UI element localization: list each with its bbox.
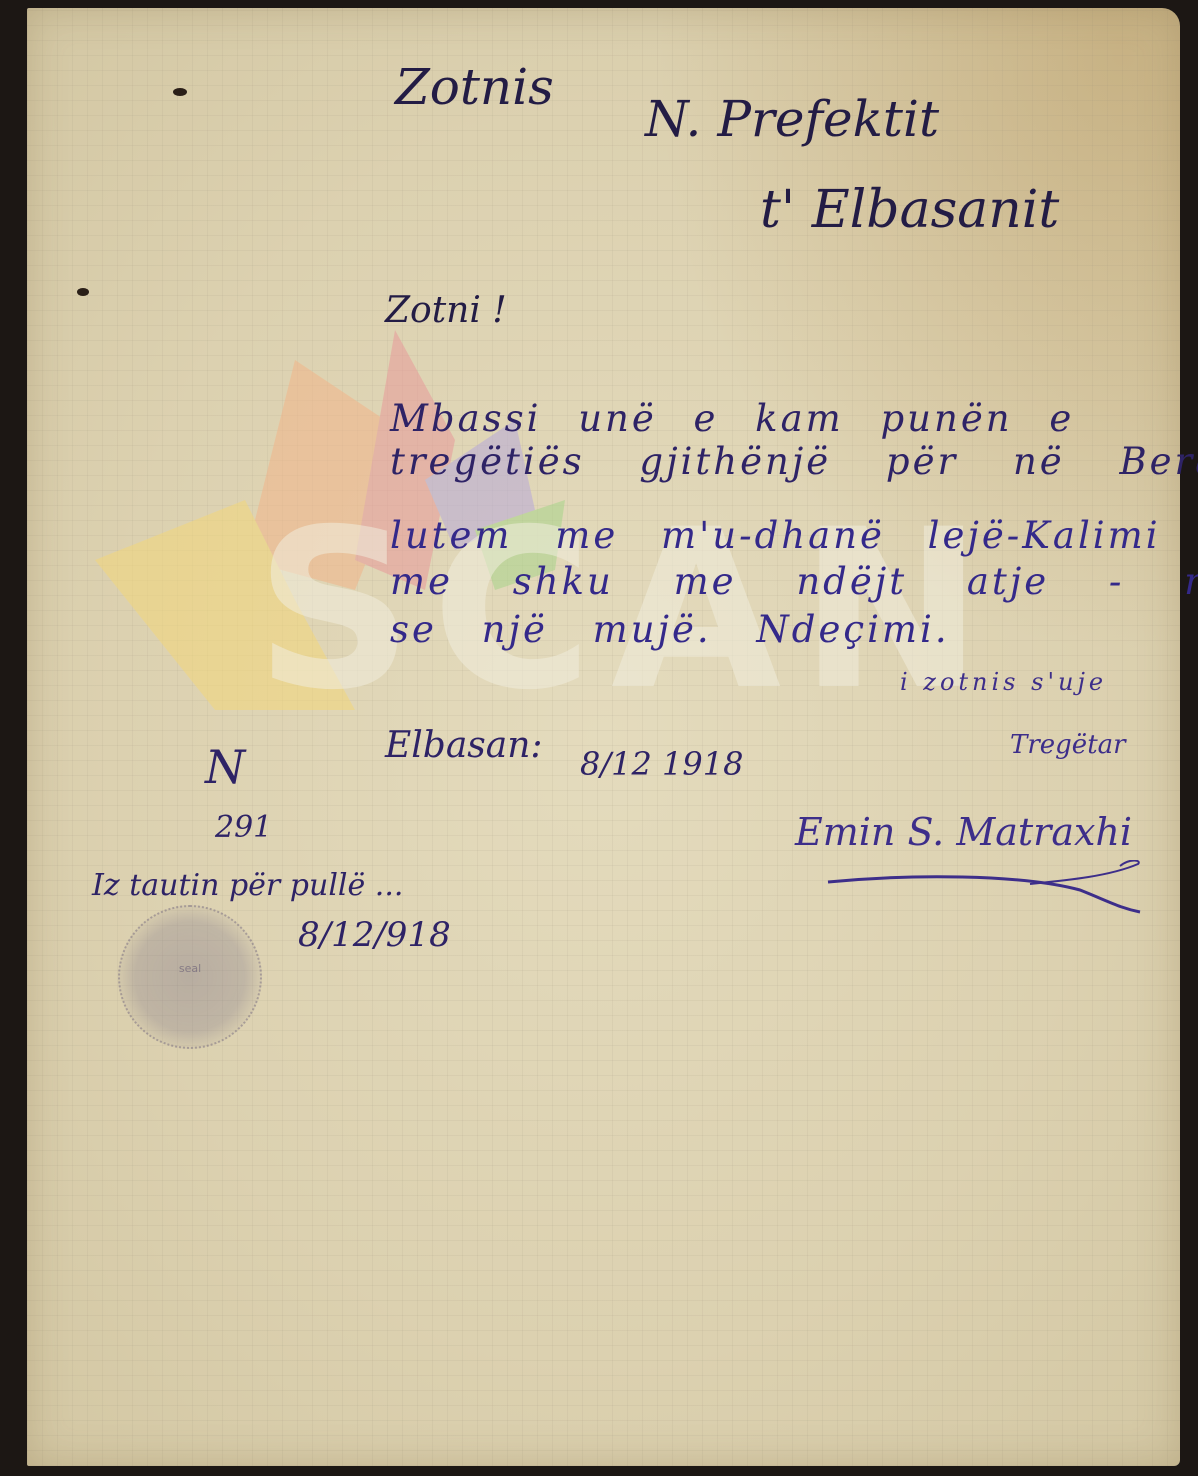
- address-line-1: Zotnis: [395, 58, 554, 116]
- annotation-text: Iz tautin për pullë ...: [92, 868, 403, 903]
- closing: i zotnis s'uje: [900, 668, 1107, 696]
- letter-date: 8/12 1918: [580, 745, 743, 783]
- paper-hole: [173, 88, 187, 96]
- seal-label: seal: [120, 962, 260, 975]
- body-line: Mbassi unë e kam punën e: [390, 397, 1074, 440]
- registry-number-sign: N: [205, 740, 245, 794]
- body-line: se një mujë. Ndeçimi.: [390, 608, 950, 651]
- salutation: Zotni !: [385, 290, 507, 331]
- body-line: lutem me m'u-dhanë lejë-Kalimi: [390, 514, 1161, 557]
- signature: Emin S. Matraxhi: [795, 810, 1132, 854]
- place: Elbasan:: [385, 725, 543, 766]
- annotation-date: 8/12/918: [298, 915, 451, 955]
- paper-hole: [77, 288, 89, 296]
- address-line-3: t' Elbasanit: [760, 180, 1059, 240]
- address-line-2: N. Prefektit: [645, 90, 939, 148]
- signature-flourish: [820, 860, 1160, 920]
- official-seal: seal: [118, 905, 262, 1049]
- body-line: tregëtiës gjithënjë për në Berat: [390, 440, 1198, 483]
- body-line: me shku me ndëjt atje - mâ: [390, 560, 1198, 603]
- signer-role: Tregëtar: [1010, 730, 1126, 760]
- registry-number: 291: [215, 810, 272, 845]
